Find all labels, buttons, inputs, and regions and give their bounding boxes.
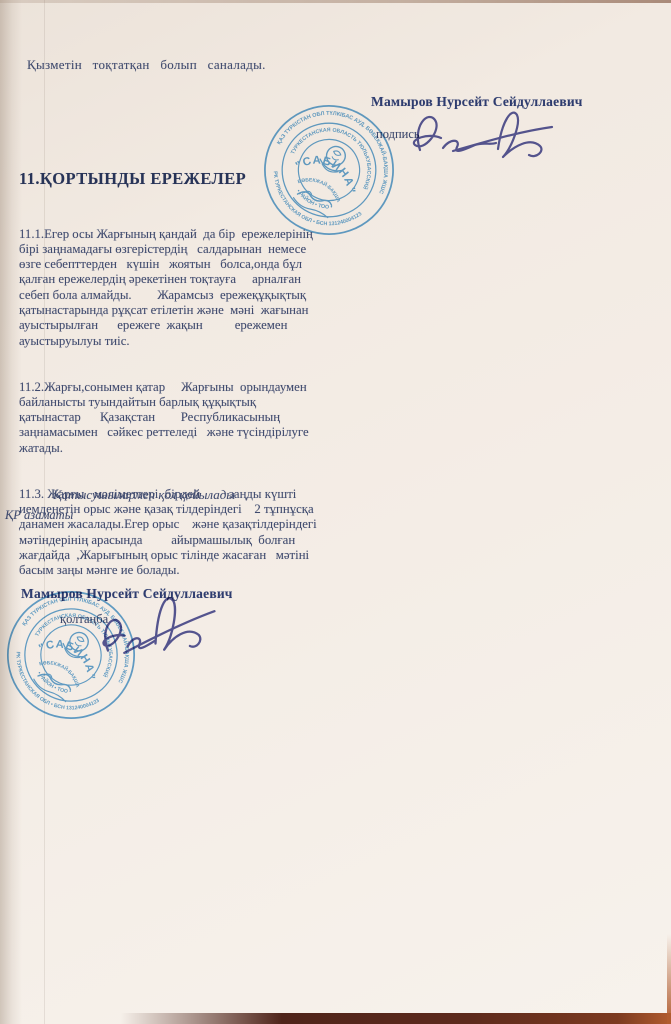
table-surface-right-edge xyxy=(667,934,671,1024)
signature-icon xyxy=(398,100,558,172)
citizen-line: ҚР азаматы xyxy=(5,508,73,523)
handwritten-signature-bottom xyxy=(86,576,235,682)
paragraph-11-1: 11.1.Егер осы Жарғының қандай да бір ере… xyxy=(19,227,317,349)
handwritten-signature-top xyxy=(398,100,558,172)
closing-line: Қатысушылармен қол қойылады xyxy=(53,487,235,503)
intro-line: Қызметін тоқтатқан болып саналады. xyxy=(27,57,266,73)
charter-body-text: 11.1.Егер осы Жарғының қандай да бір ере… xyxy=(19,196,317,609)
paragraph-11-2: 11.2.Жарғы,сонымен қатар Жарғыны орындау… xyxy=(19,380,317,456)
scanned-charter-page: Қызметін тоқтатқан болып саналады. Мамыр… xyxy=(0,0,671,1024)
signature-icon xyxy=(86,576,235,682)
paper-top-edge xyxy=(0,0,671,3)
table-surface-bottom-edge xyxy=(0,1013,671,1024)
section-heading: 11.ҚОРТЫНДЫ ЕРЕЖЕЛЕР xyxy=(19,169,246,189)
